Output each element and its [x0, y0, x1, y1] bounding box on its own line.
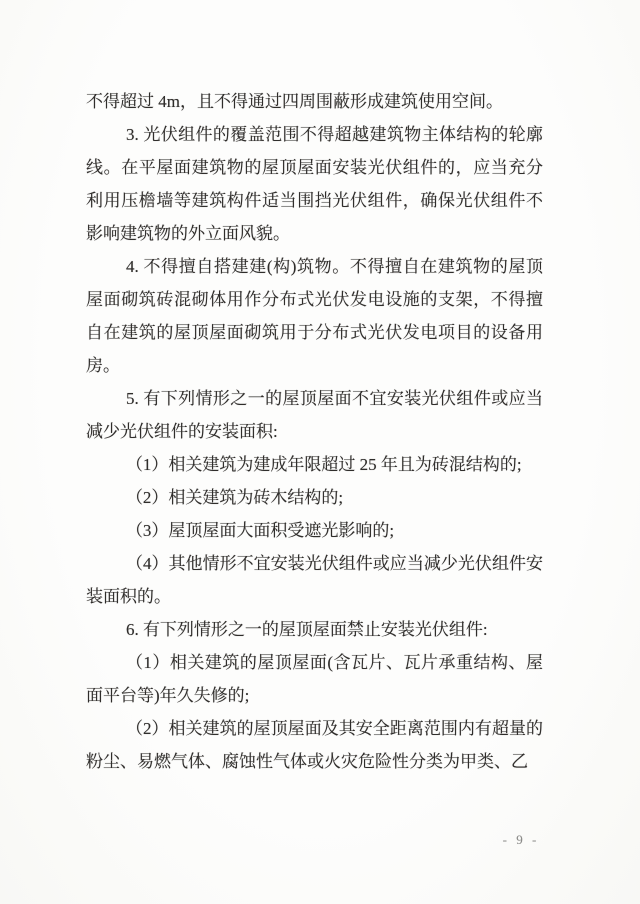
- paragraph: 4. 不得擅自搭建建(构)筑物。不得擅自在建筑物的屋顶屋面砌筑砖混砌体用作分布式…: [86, 250, 543, 382]
- document-body: 不得超过 4m，且不得通过四周围蔽形成建筑使用空间。3. 光伏组件的覆盖范围不得…: [86, 85, 543, 778]
- paragraph: 3. 光伏组件的覆盖范围不得超越建筑物主体结构的轮廓线。在平屋面建筑物的屋顶屋面…: [86, 118, 543, 250]
- page-number: - 9 -: [490, 832, 552, 848]
- paragraph: （1）相关建筑为建成年限超过 25 年且为砖混结构的;: [86, 448, 543, 481]
- paragraph: 不得超过 4m，且不得通过四周围蔽形成建筑使用空间。: [86, 85, 543, 118]
- paragraph: （1）相关建筑的屋顶屋面(含瓦片、瓦片承重结构、屋面平台等)年久失修的;: [86, 646, 543, 712]
- paragraph: （2）相关建筑为砖木结构的;: [86, 481, 543, 514]
- paragraph: （3）屋顶屋面大面积受遮光影响的;: [86, 514, 543, 547]
- document-page: 不得超过 4m，且不得通过四周围蔽形成建筑使用空间。3. 光伏组件的覆盖范围不得…: [0, 0, 640, 904]
- paragraph: （2）相关建筑的屋顶屋面及其安全距离范围内有超量的粉尘、易燃气体、腐蚀性气体或火…: [86, 712, 543, 778]
- paragraph: （4）其他情形不宜安装光伏组件或应当减少光伏组件安装面积的。: [86, 547, 543, 613]
- paragraph: 5. 有下列情形之一的屋顶屋面不宜安装光伏组件或应当减少光伏组件的安装面积:: [86, 382, 543, 448]
- paragraph: 6. 有下列情形之一的屋顶屋面禁止安装光伏组件:: [86, 613, 543, 646]
